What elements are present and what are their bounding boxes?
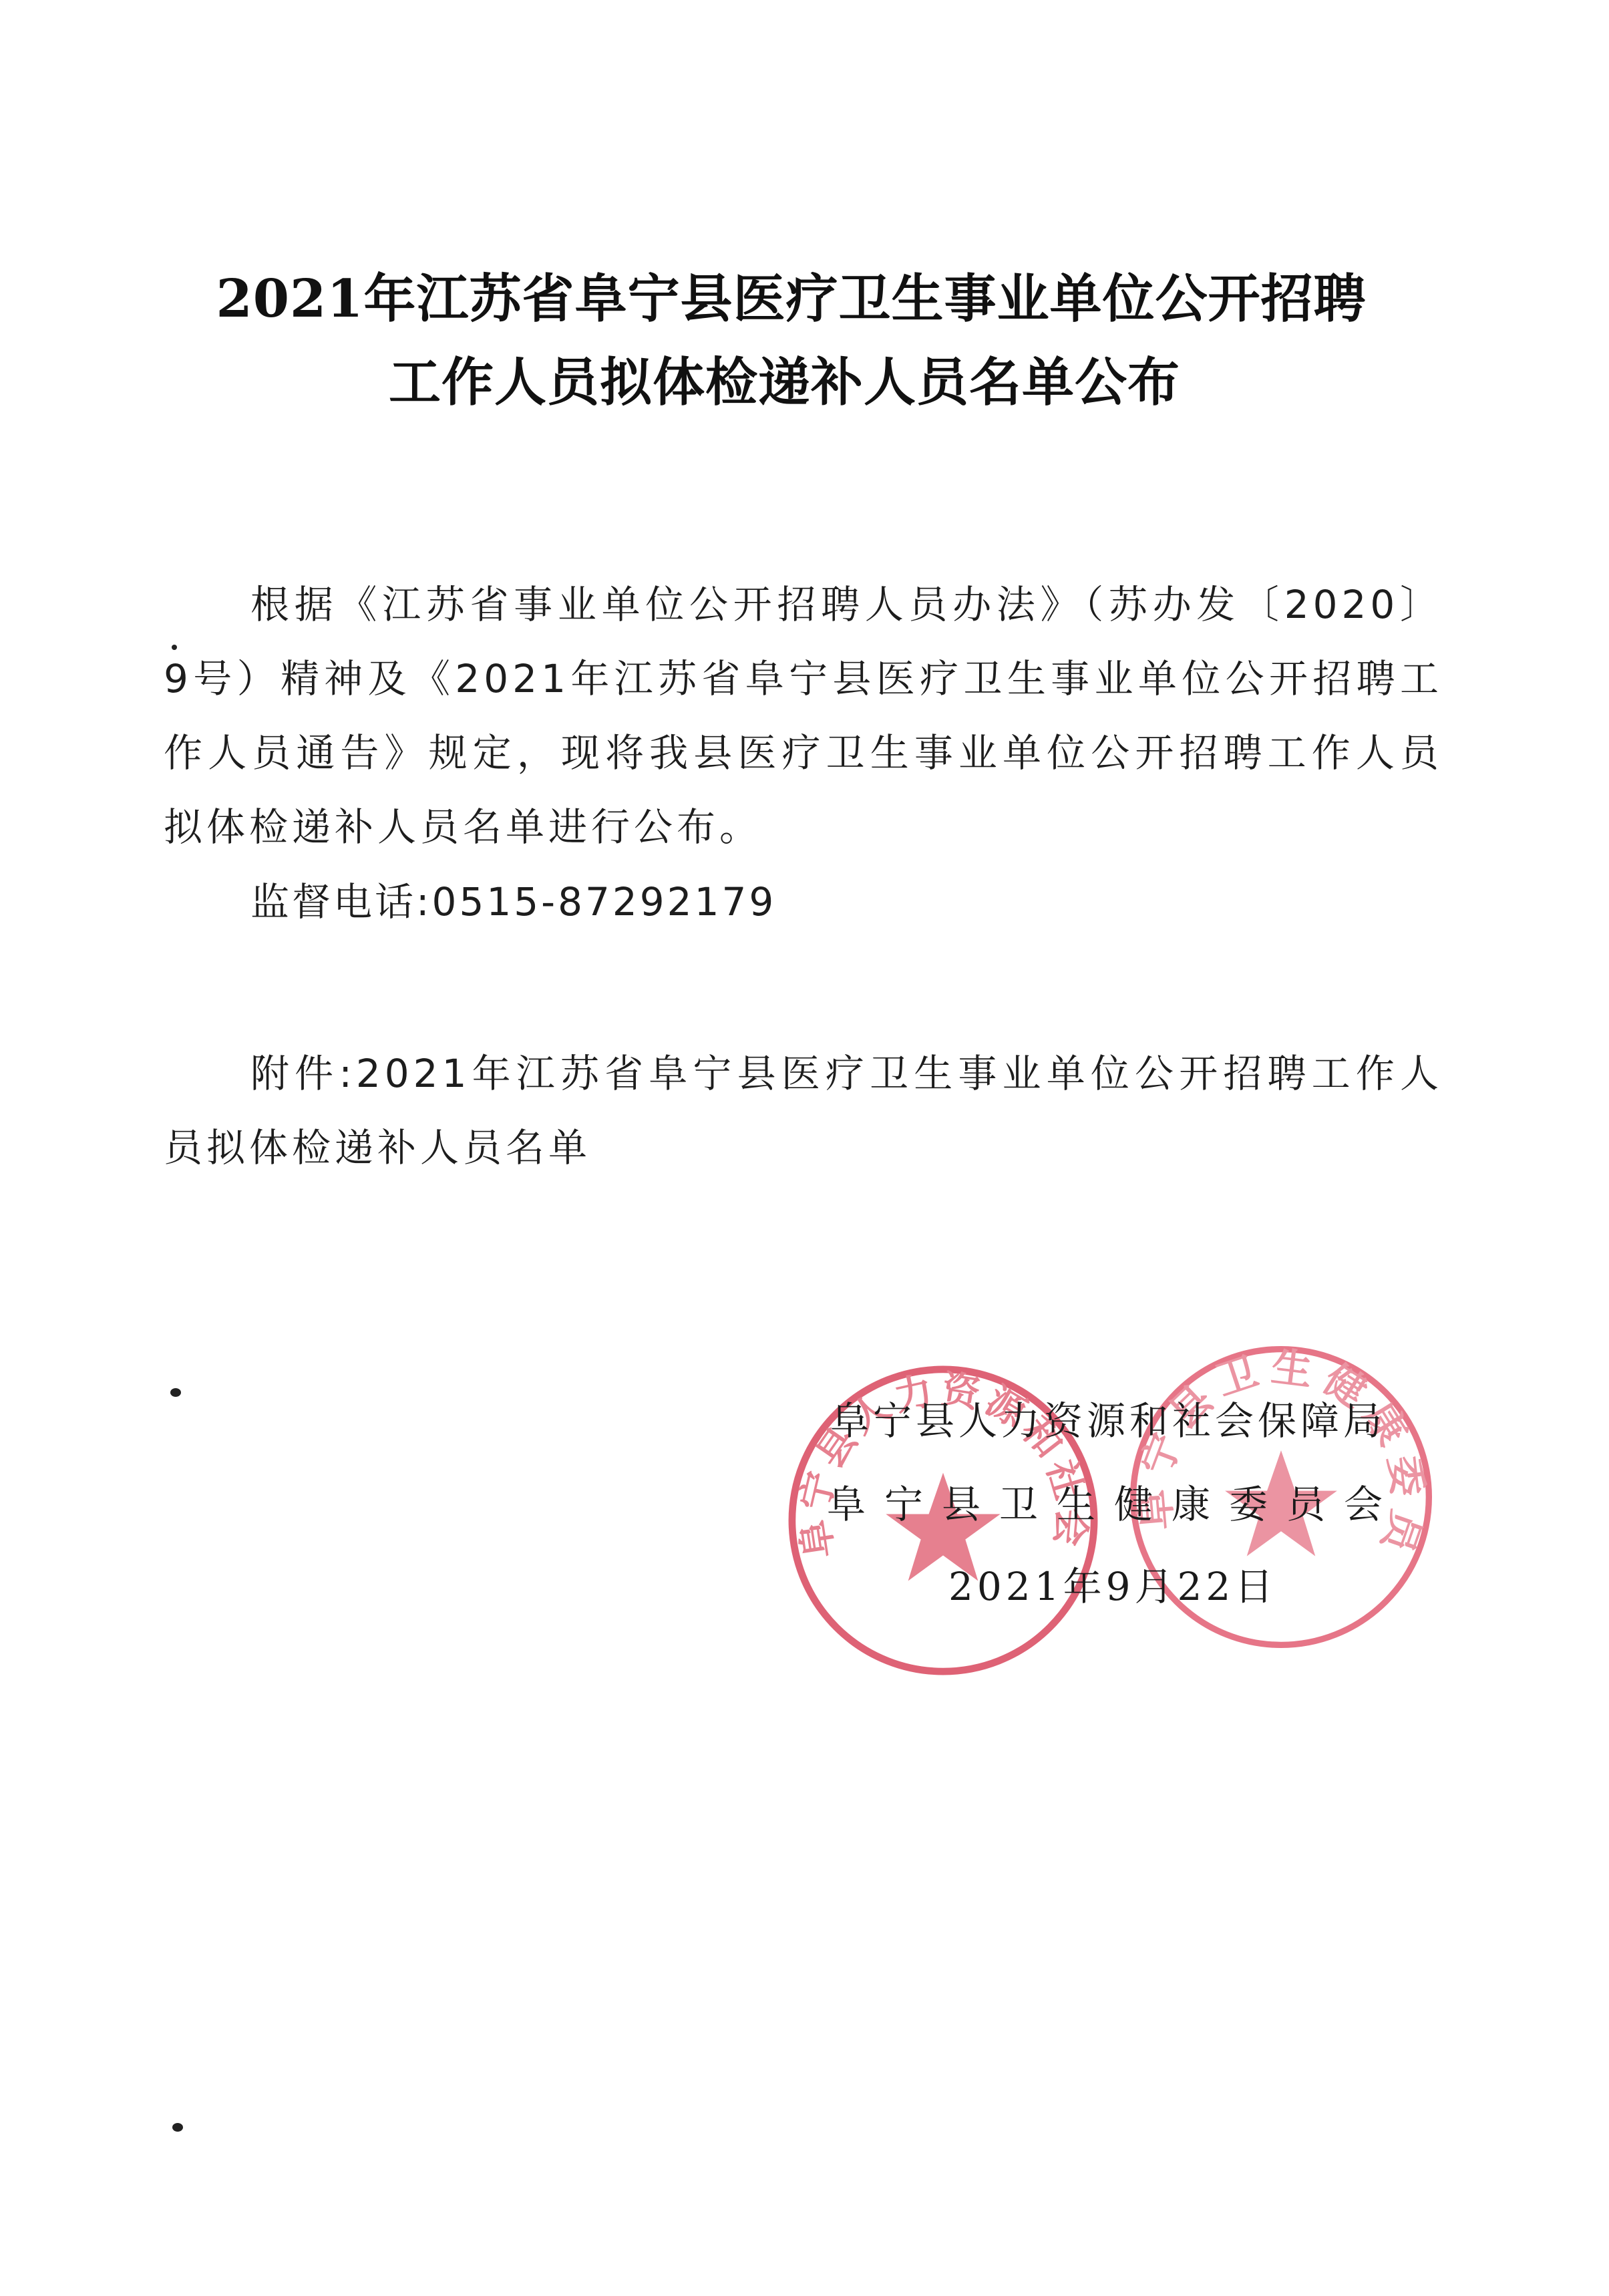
signature-health-commission: 阜宁县卫生健康委员会 [827, 1473, 1401, 1529]
signature-hr-bureau: 阜宁县人力资源和社会保障局 [830, 1389, 1386, 1446]
scan-speck [172, 645, 177, 650]
document-title-line-2: 工作人员拟体检递补人员名单公布 [0, 341, 1589, 416]
supervision-phone: 监督电话:0515-87292179 [250, 870, 776, 927]
svg-text:阜宁县卫生健康委员会: 阜宁县卫生健康委员会 [1122, 1341, 1432, 1567]
body-paragraph: 根据《江苏省事业单位公开招聘人员办法》（苏办发〔2020〕9号）精神及《2021… [164, 568, 1443, 864]
document-title-line-1: 2021年江苏省阜宁县医疗卫生事业单位公开招聘 [0, 257, 1596, 332]
signature-date: 2021年9月22日 [948, 1555, 1277, 1611]
attachment-note: 附件:2021年江苏省阜宁县医疗卫生事业单位公开招聘工作人员拟体检递补人员名单 [164, 1037, 1443, 1185]
scan-speck [172, 2123, 183, 2132]
scan-speck [170, 1388, 181, 1397]
supervision-phone-label: 监督电话: [250, 879, 432, 925]
supervision-phone-number: 0515-87292179 [432, 879, 777, 925]
